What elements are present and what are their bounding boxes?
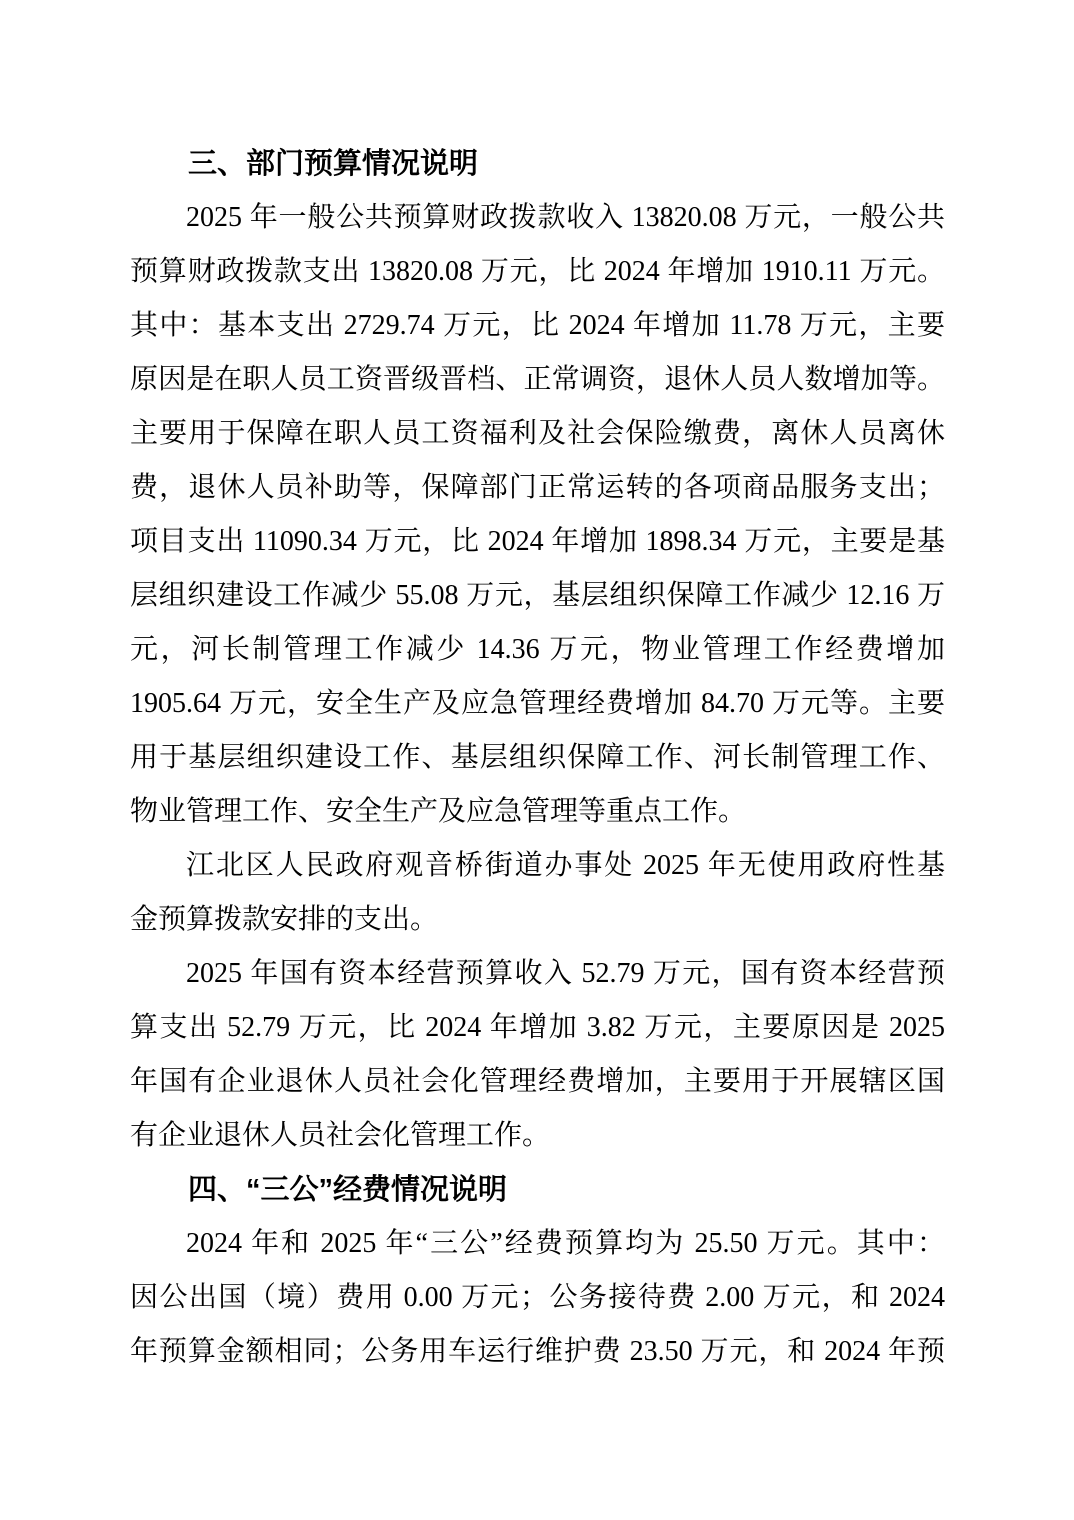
text-line: 2024 年和 2025 年“三公”经费预算均为 25.50 万元。其中： [130, 1217, 945, 1271]
paragraph-government-fund: 江北区人民政府观音桥街道办事处 2025 年无使用政府性基 金预算拨款安排的支出… [130, 839, 945, 947]
text-line: 其中：基本支出 2729.74 万元，比 2024 年增加 11.78 万元，主… [130, 299, 945, 353]
text-line: 元，河长制管理工作减少 14.36 万元，物业管理工作经费增加 [130, 623, 945, 677]
paragraph-state-capital: 2025 年国有资本经营预算收入 52.79 万元，国有资本经营预 算支出 52… [130, 947, 945, 1163]
text-line: 金预算拨款安排的支出。 [130, 893, 945, 947]
text-line: 江北区人民政府观音桥街道办事处 2025 年无使用政府性基 [130, 839, 945, 893]
text-line: 2025 年一般公共预算财政拨款收入 13820.08 万元，一般公共 [130, 191, 945, 245]
text-line: 年预算金额相同；公务用车运行维护费 23.50 万元，和 2024 年预 [130, 1325, 945, 1379]
text-line: 原因是在职人员工资晋级晋档、正常调资，退休人员人数增加等。 [130, 353, 945, 407]
text-line: 用于基层组织建设工作、基层组织保障工作、河长制管理工作、 [130, 731, 945, 785]
text-line: 项目支出 11090.34 万元，比 2024 年增加 1898.34 万元，主… [130, 515, 945, 569]
text-line: 有企业退休人员社会化管理工作。 [130, 1109, 945, 1163]
section-heading-3: 三、部门预算情况说明 [130, 137, 945, 191]
text-line: 预算财政拨款支出 13820.08 万元，比 2024 年增加 1910.11 … [130, 245, 945, 299]
text-line: 年国有企业退休人员社会化管理经费增加，主要用于开展辖区国 [130, 1055, 945, 1109]
text-line: 层组织建设工作减少 55.08 万元，基层组织保障工作减少 12.16 万 [130, 569, 945, 623]
text-line: 因公出国（境）费用 0.00 万元；公务接待费 2.00 万元，和 2024 [130, 1271, 945, 1325]
paragraph-budget-overview: 2025 年一般公共预算财政拨款收入 13820.08 万元，一般公共 预算财政… [130, 191, 945, 839]
section-heading-4: 四、“三公”经费情况说明 [130, 1163, 945, 1217]
text-line: 1905.64 万元，安全生产及应急管理经费增加 84.70 万元等。主要 [130, 677, 945, 731]
paragraph-three-public-expenses: 2024 年和 2025 年“三公”经费预算均为 25.50 万元。其中： 因公… [130, 1217, 945, 1379]
text-line: 物业管理工作、安全生产及应急管理等重点工作。 [130, 785, 945, 839]
text-line: 费，退休人员补助等，保障部门正常运转的各项商品服务支出； [130, 461, 945, 515]
text-line: 主要用于保障在职人员工资福利及社会保险缴费，离休人员离休 [130, 407, 945, 461]
document-page: 三、部门预算情况说明 2025 年一般公共预算财政拨款收入 13820.08 万… [0, 0, 1074, 1520]
text-line: 算支出 52.79 万元，比 2024 年增加 3.82 万元，主要原因是 20… [130, 1001, 945, 1055]
text-line: 2025 年国有资本经营预算收入 52.79 万元，国有资本经营预 [130, 947, 945, 1001]
document-text-block: 三、部门预算情况说明 2025 年一般公共预算财政拨款收入 13820.08 万… [130, 137, 945, 1379]
